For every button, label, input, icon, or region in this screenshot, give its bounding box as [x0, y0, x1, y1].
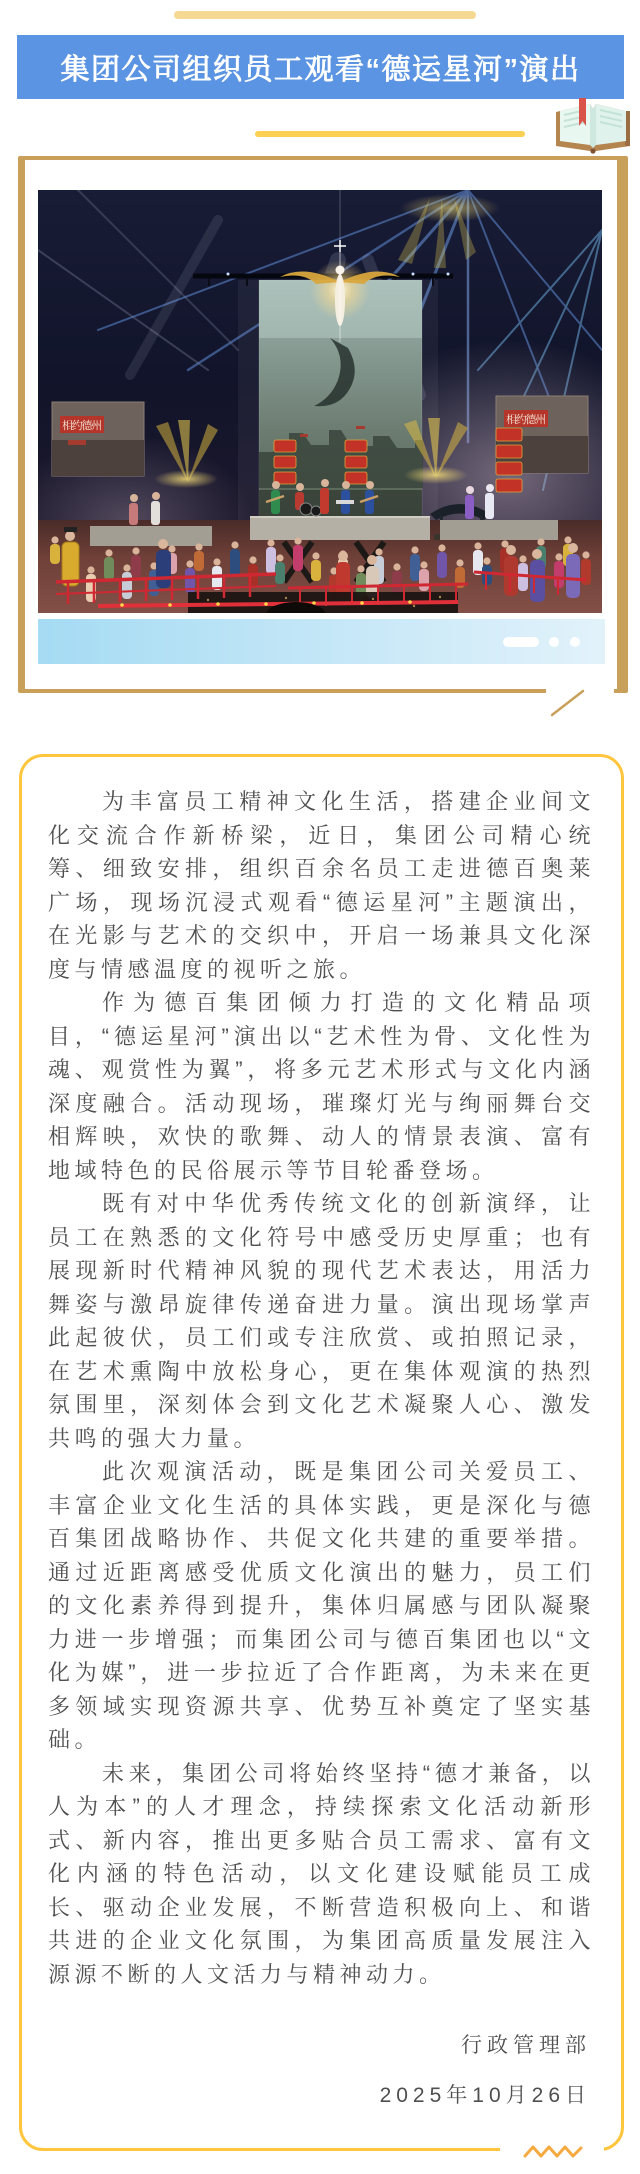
article-paragraph: 作为德百集团倾力打造的文化精品项目，“德运星河”演出以“艺术性为骨、文化性为魂、… — [48, 986, 595, 1187]
page-title: 集团公司组织员工观看“德运星河”演出 — [60, 47, 580, 88]
article-paragraph: 此次观演活动，既是集团公司关爱员工、丰富企业文化生活的具体实践，更是深化与德百集… — [48, 1455, 595, 1757]
screen-text-left: 相约德州 — [62, 418, 102, 432]
article-box: 为丰富员工精神文化生活，搭建企业间文化交流合作新桥梁，近日，集团公司精心统筹、细… — [19, 754, 624, 2151]
open-book-icon — [552, 98, 634, 154]
screen-text-right: 相约德州 — [506, 412, 546, 426]
article-paragraph: 为丰富员工精神文化生活，搭建企业间文化交流合作新桥梁，近日，集团公司精心统筹、细… — [48, 785, 595, 986]
article-paragraph: 既有对中华优秀传统文化的创新演绎，让员工在熟悉的文化符号中感受历史厚重；也有展现… — [48, 1187, 595, 1455]
article-paragraph: 未来，集团公司将始终坚持“德才兼备，以人为本”的人才理念，持续探索文化活动新形式… — [48, 1757, 595, 1992]
article-text: 为丰富员工精神文化生活，搭建企业间文化交流合作新桥梁，近日，集团公司精心统筹、细… — [48, 785, 595, 1991]
frame-tail — [544, 688, 604, 718]
left-screen: 相约德州 — [52, 402, 144, 476]
carousel-dot[interactable] — [549, 637, 559, 647]
title-banner: 集团公司组织员工观看“德运星河”演出 — [17, 35, 624, 99]
article-page: 集团公司组织员工观看“德运星河”演出 — [0, 0, 640, 2174]
zigzag-decoration — [524, 2144, 586, 2160]
performance-photo[interactable]: 相约德州 相约德州 — [38, 190, 602, 613]
signature-date: 2025年10月26日 — [48, 2071, 591, 2121]
carousel-dot[interactable] — [570, 637, 580, 647]
signature-department: 行政管理部 — [48, 2021, 591, 2071]
title-underline-bar — [255, 131, 525, 137]
top-accent-bar — [174, 11, 476, 19]
carousel-active-indicator[interactable] — [503, 637, 539, 647]
